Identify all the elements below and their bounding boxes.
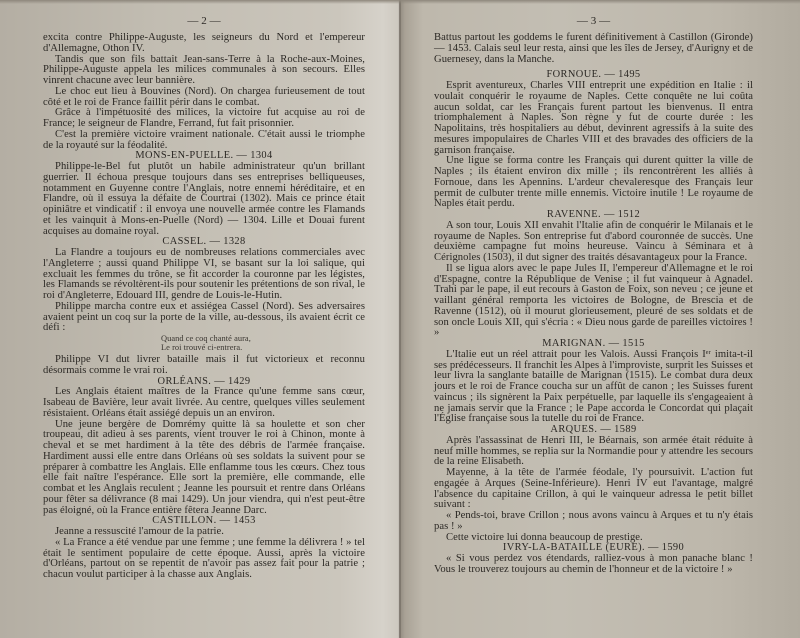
paragraph: Une jeune bergère de Domrémy quitte là s… <box>43 420 365 517</box>
paragraph: Après l'assassinat de Henri III, le Béar… <box>434 436 753 468</box>
left-page: — 2 — excita contre Philippe-Auguste, le… <box>0 0 399 638</box>
paragraph: Tandis que son fils battait Jean-sans-Te… <box>43 55 365 87</box>
paragraph: Grâce à l'impétuosité des milices, la vi… <box>43 108 365 130</box>
left-page-text: — 2 — excita contre Philippe-Auguste, le… <box>43 15 365 581</box>
paragraph: excita contre Philippe-Auguste, les seig… <box>43 33 365 55</box>
verse-line: Le roi trouvé ci-entrera. <box>161 343 365 352</box>
paragraph: Esprit aventureux, Charles VIII entrepri… <box>434 81 753 156</box>
page-number: — 2 — <box>43 15 365 28</box>
right-page: — 3 — Battus partout les goddems le fure… <box>399 0 800 638</box>
right-page-content: Battus partout les goddems le furent déf… <box>434 33 753 576</box>
paragraph: A son tour, Louis XII envahit l'Italie a… <box>434 221 753 264</box>
paragraph: C'est la première victoire vraiment nati… <box>43 130 365 152</box>
paragraph: Il se ligua alors avec le pape Jules II,… <box>434 264 753 339</box>
paragraph: « Pends-toi, brave Crillon ; nous avons … <box>434 511 753 533</box>
paragraph: Philippe-le-Bel fut plutôt un habile adm… <box>43 162 365 237</box>
paragraph: Le choc eut lieu à Bouvines (Nord). On c… <box>43 87 365 109</box>
right-page-text: — 3 — Battus partout les goddems le fure… <box>434 15 753 576</box>
verse-quote: Quand ce coq chanté aura,Le roi trouvé c… <box>161 334 365 352</box>
paragraph: Philippe marcha contre eux et assiégea C… <box>43 302 365 334</box>
verse-line: Quand ce coq chanté aura, <box>161 334 365 343</box>
paragraph: Les Anglais étaient maîtres de la France… <box>43 387 365 419</box>
paragraph: Battus partout les goddems le furent déf… <box>434 33 753 65</box>
paragraph: Philippe VI dut livrer bataille mais il … <box>43 355 365 377</box>
paragraph: Une ligue se forma contre les Français q… <box>434 156 753 210</box>
paragraph: L'Italie eut un réel attrait pour les Va… <box>434 350 753 425</box>
page-number: — 3 — <box>434 15 753 28</box>
left-page-content: excita contre Philippe-Auguste, les seig… <box>43 33 365 581</box>
paragraph: La Flandre a toujours eu de nombreuses r… <box>43 248 365 302</box>
page-top-edge <box>0 0 800 4</box>
paragraph: « Si vous perdez vos étendards, ralliez-… <box>434 554 753 576</box>
paragraph: « La France a été vendue par une femme ;… <box>43 538 365 581</box>
book-gutter <box>398 0 401 638</box>
paragraph: Mayenne, à la tête de l'armée féodale, l… <box>434 468 753 511</box>
